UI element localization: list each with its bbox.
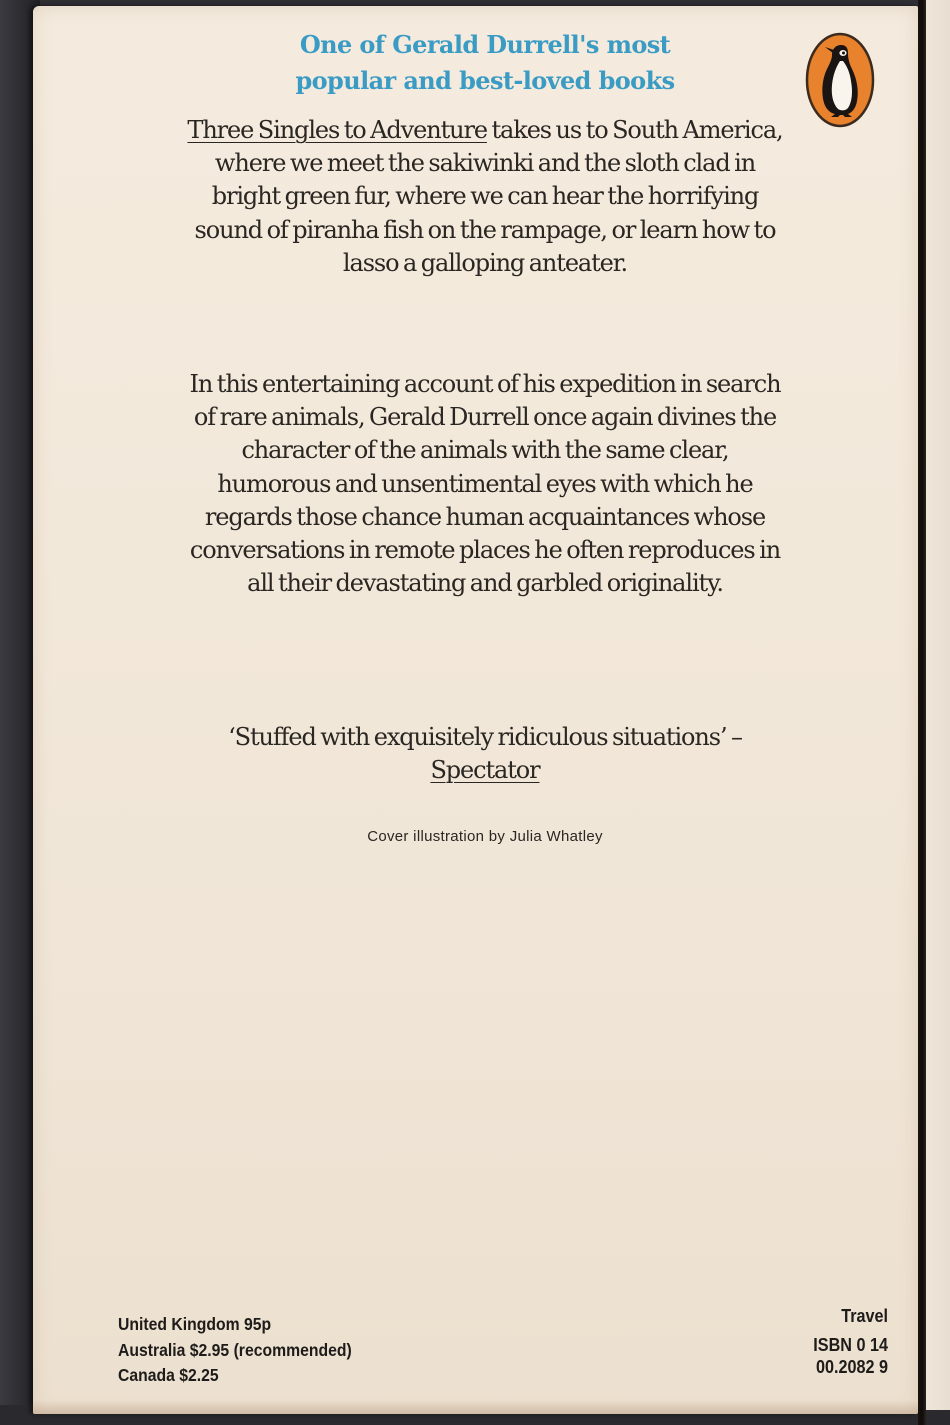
- review-quote: ‘Stuffed with exquisitely ridiculous sit…: [185, 721, 785, 787]
- cover-illustration-credit: Cover illustration by Julia Whatley: [240, 828, 730, 845]
- category-label: Travel: [813, 1304, 888, 1328]
- category-and-isbn: Travel ISBN 0 14 00.2082 9: [813, 1304, 888, 1378]
- quote-text: ‘Stuffed with exquisitely ridiculous sit…: [228, 723, 742, 751]
- blurb-paragraph-2: In this entertaining account of his expe…: [185, 368, 785, 600]
- quote-source: Spectator: [430, 756, 539, 784]
- penguin-logo-icon: [805, 31, 875, 129]
- price-canada: Canada $2.25: [118, 1363, 352, 1389]
- isbn-line-1: ISBN 0 14: [813, 1334, 888, 1356]
- price-australia: Australia $2.95 (recommended): [118, 1338, 352, 1364]
- price-list: United Kingdom 95p Australia $2.95 (reco…: [118, 1312, 352, 1389]
- price-uk: United Kingdom 95p: [118, 1312, 352, 1338]
- headline: One of Gerald Durrell's most popular and…: [215, 27, 755, 99]
- isbn-line-2: 00.2082 9: [813, 1356, 888, 1378]
- headline-line-2: popular and best-loved books: [215, 63, 755, 99]
- blurb-paragraph-1: Three Singles to Adventure takes us to S…: [185, 114, 785, 280]
- headline-line-1: One of Gerald Durrell's most: [215, 27, 755, 63]
- cover-edge-shadow: [918, 0, 926, 1425]
- book-title: Three Singles to Adventure: [187, 116, 487, 144]
- adjacent-book-edge: [926, 0, 950, 1410]
